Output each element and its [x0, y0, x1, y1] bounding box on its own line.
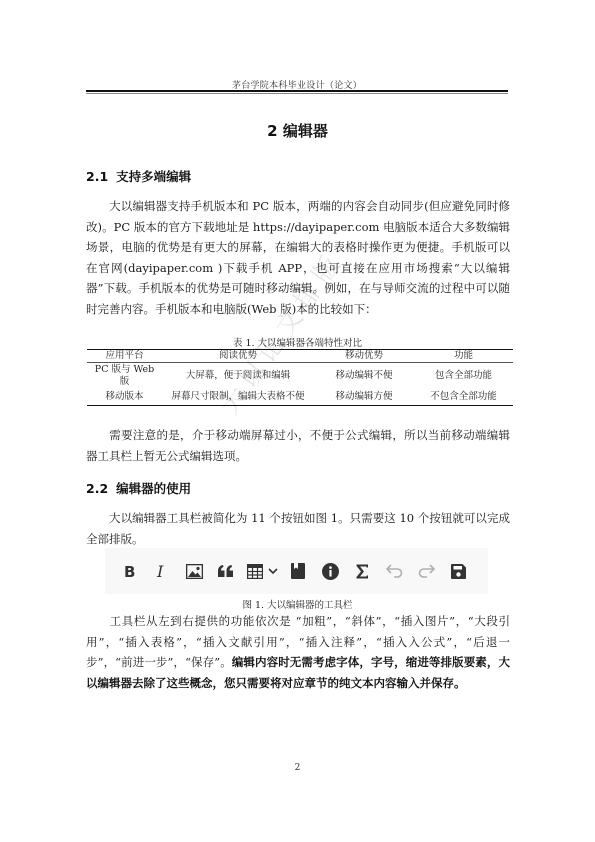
bold-icon: B: [122, 563, 138, 579]
undo-icon: [386, 564, 403, 578]
section-label: 支持多端编辑: [116, 169, 191, 184]
svg-text:B: B: [124, 563, 135, 579]
paragraph-formula-note: 需要注意的是，介于移动端屏幕过小，不便于公式编辑，所以当前移动端编辑器工具栏上暂…: [86, 425, 510, 466]
table-cell: 大屏幕，便于阅读和编辑: [162, 363, 314, 390]
insert-image-button[interactable]: [178, 557, 210, 585]
table-row: 移动版本 屏幕尺寸限制，编辑大表格不便 移动编辑方便 不包含全部功能: [87, 389, 513, 406]
paragraph-text: 大以编辑器支持手机版本和 PC 版本，两端的内容会自动同步(但应避免同时修改)。…: [86, 199, 510, 316]
blockquote-button[interactable]: [210, 557, 242, 585]
editor-toolbar-figure: B I: [105, 548, 488, 594]
undo-button[interactable]: [378, 557, 410, 585]
figure-caption: 图 1. 大以编辑器的工具栏: [0, 597, 595, 611]
paragraph-toolbar-functions: 工具栏从左到右提供的功能依次是 “加粗”，“斜体”，“插入图片”，“大段引用”，…: [86, 611, 510, 693]
info-icon: [322, 563, 339, 580]
table-cell: 移动版本: [87, 389, 162, 406]
bold-button[interactable]: B: [114, 557, 146, 585]
table-row: PC 版与 Web 版 大屏幕，便于阅读和编辑 移动编辑不便 包含全部功能: [87, 363, 513, 390]
italic-button[interactable]: I: [146, 557, 178, 585]
svg-text:I: I: [156, 563, 164, 579]
insert-formula-button[interactable]: [346, 557, 378, 585]
italic-icon: I: [154, 563, 170, 579]
table-cell: PC 版与 Web 版: [87, 363, 162, 390]
image-icon: [186, 564, 203, 579]
table-icon: [247, 564, 263, 579]
section-number: 2.2: [86, 481, 108, 496]
redo-button[interactable]: [410, 557, 442, 585]
table-cell: 不包含全部功能: [414, 389, 513, 406]
column-header: 功能: [414, 350, 513, 363]
insert-note-button[interactable]: [314, 557, 346, 585]
insert-citation-button[interactable]: [282, 557, 314, 585]
paragraph-toolbar-intro: 大以编辑器工具栏被简化为 11 个按钮如图 1。只需要这 10 个按钮就可以完成…: [86, 508, 510, 549]
insert-table-button[interactable]: [242, 557, 282, 585]
sigma-icon: [356, 564, 369, 579]
section-title-2-1: 2.1支持多端编辑: [86, 167, 191, 185]
chapter-title: 2 编辑器: [0, 120, 595, 141]
column-header: 移动优势: [314, 350, 414, 363]
comparison-table: 应用平台 阅读优势 移动优势 功能 PC 版与 Web 版 大屏幕，便于阅读和编…: [87, 349, 513, 406]
book-icon: [291, 563, 305, 579]
header-rule: [86, 90, 508, 92]
table-cell: 包含全部功能: [414, 363, 513, 390]
redo-icon: [418, 564, 435, 578]
section-title-2-2: 2.2编辑器的使用: [86, 479, 191, 497]
table-cell: 移动编辑不便: [314, 363, 414, 390]
section-number: 2.1: [86, 169, 108, 184]
save-icon: [451, 564, 466, 579]
save-button[interactable]: [442, 557, 474, 585]
paragraph-text: 大以编辑器工具栏被简化为 11 个按钮如图 1。只需要这 10 个按钮就可以完成…: [86, 511, 510, 546]
header-rule-thin: [86, 93, 508, 94]
table-cell: 移动编辑方便: [314, 389, 414, 406]
page-number: 2: [0, 763, 595, 773]
table-header-row: 应用平台 阅读优势 移动优势 功能: [87, 350, 513, 363]
paragraph-text: 需要注意的是，介于移动端屏幕过小，不便于公式编辑，所以当前移动端编辑器工具栏上暂…: [86, 428, 510, 463]
table-caption: 表 1. 大以编辑器各端特性对比: [0, 335, 595, 349]
column-header: 阅读优势: [162, 350, 314, 363]
table-cell: 屏幕尺寸限制，编辑大表格不便: [162, 389, 314, 406]
section-label: 编辑器的使用: [116, 481, 191, 496]
paragraph-multi-platform: 大以编辑器支持手机版本和 PC 版本，两端的内容会自动同步(但应避免同时修改)。…: [86, 196, 510, 319]
quote-icon: [218, 565, 234, 577]
column-header: 应用平台: [87, 350, 162, 363]
chevron-down-icon[interactable]: [268, 567, 278, 575]
